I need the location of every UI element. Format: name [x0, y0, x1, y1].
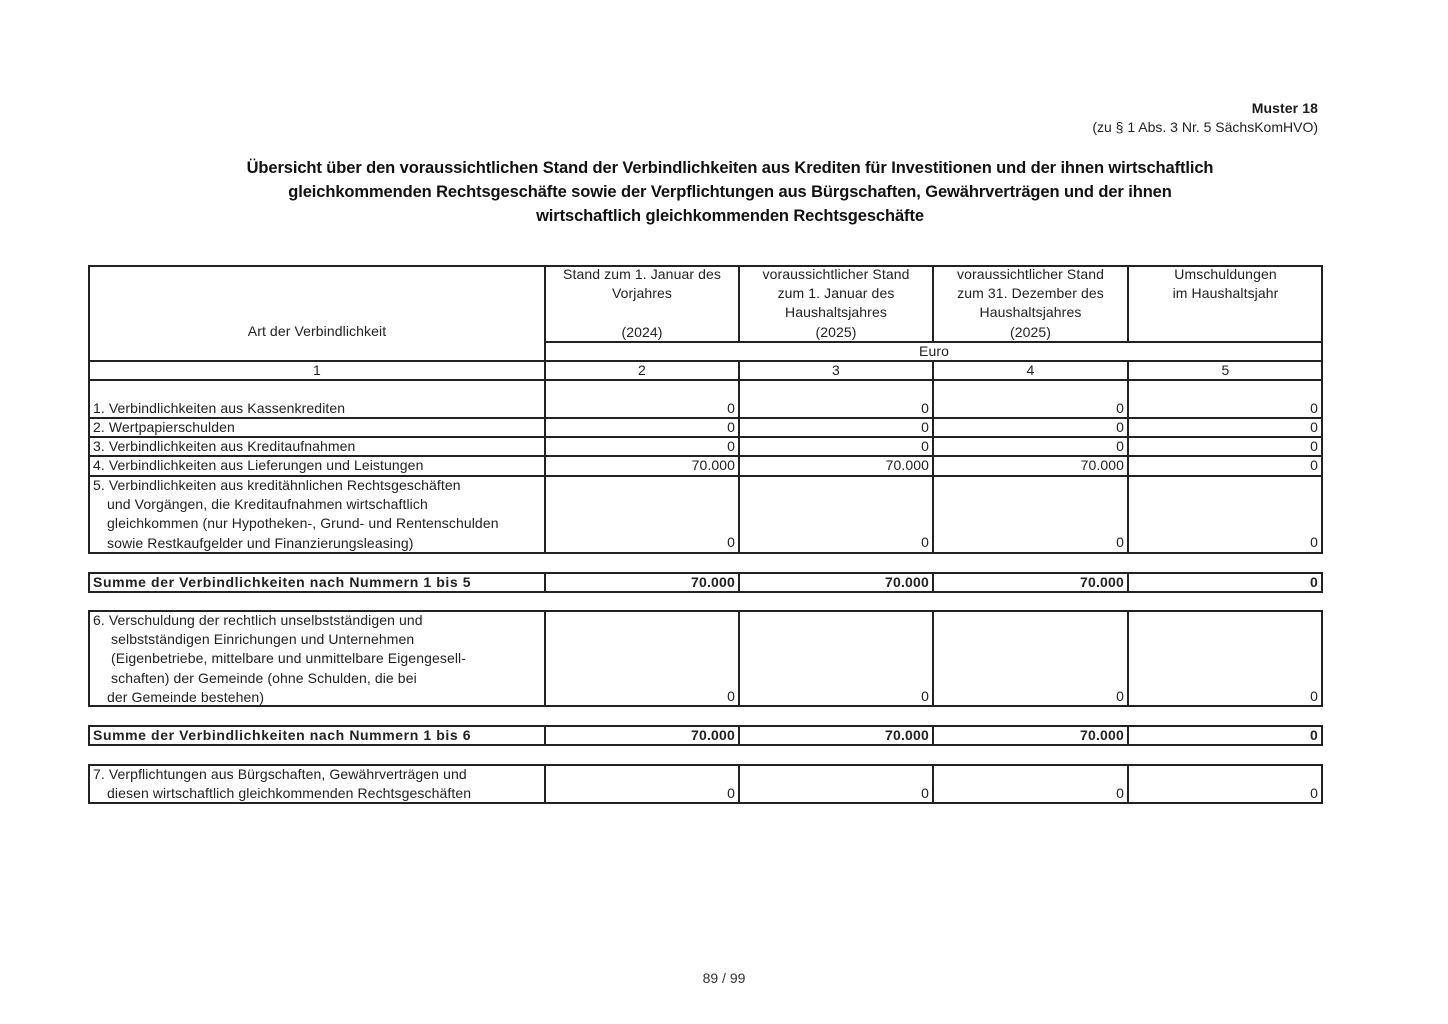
column-header-rescheduling: Umschuldungen im Haushaltsjahr [1129, 265, 1322, 303]
column-number: 4 [934, 361, 1127, 380]
row-label: 5. Verbindlichkeiten aus kreditähnlichen… [90, 476, 544, 553]
row-value: 0 [1129, 437, 1321, 456]
row-label: 6. Verschuldung der rechtlich unselbstst… [90, 611, 544, 707]
row-label: 3. Verbindlichkeiten aus Kreditaufnahmen [90, 437, 544, 456]
row-value: 0 [740, 418, 932, 437]
row-value: 0 [546, 784, 738, 803]
title-line: wirtschaftlich gleichkommenden Rechtsges… [120, 204, 1340, 228]
row-value: 0 [1129, 456, 1321, 475]
row-value: 0 [1129, 533, 1321, 552]
row-value: 70.000 [546, 456, 738, 475]
row-label: 7. Verpflichtungen aus Bürgschaften, Gew… [90, 765, 544, 803]
row-value: 70.000 [934, 456, 1127, 475]
row-label: 1. Verbindlichkeiten aus Kassenkrediten [90, 399, 544, 418]
row-value: 0 [546, 533, 738, 552]
row-value: 0 [740, 399, 932, 418]
column-number: 5 [1129, 361, 1322, 380]
sum-1-6-label: Summe der Verbindlichkeiten nach Nummern… [90, 726, 544, 745]
row-label: 2. Wertpapierschulden [90, 418, 544, 437]
row-value: 0 [1129, 784, 1321, 803]
row-label: 4. Verbindlichkeiten aus Lieferungen und… [90, 456, 544, 475]
sum-1-5-value: 70.000 [546, 573, 738, 592]
row-value: 70.000 [740, 456, 932, 475]
column-header-end-budget-year: voraussichtlicher Stand zum 31. Dezember… [934, 265, 1127, 342]
column-header-start-budget-year: voraussichtlicher Stand zum 1. Januar de… [740, 265, 932, 342]
sum-1-6-value: 0 [1129, 726, 1321, 745]
row-value: 0 [740, 437, 932, 456]
unit-label: Euro [546, 342, 1322, 361]
column-header-type: Art der Verbindlichkeit [90, 322, 544, 341]
row-value: 0 [934, 418, 1127, 437]
row-value: 0 [546, 399, 738, 418]
row-value: 0 [1129, 418, 1321, 437]
row-value: 0 [546, 418, 738, 437]
form-name: Muster 18 [1252, 100, 1318, 116]
title-line: gleichkommenden Rechtsgeschäfte sowie de… [120, 180, 1340, 204]
sum-1-6-value: 70.000 [546, 726, 738, 745]
sum-1-5-label: Summe der Verbindlichkeiten nach Nummern… [90, 573, 544, 592]
row-value: 0 [934, 437, 1127, 456]
row-value: 0 [546, 437, 738, 456]
row-value: 0 [934, 687, 1127, 706]
row-value: 0 [934, 399, 1127, 418]
column-header-prior-year: Stand zum 1. Januar des Vorjahres (2024) [546, 265, 738, 342]
row-value: 0 [1129, 687, 1321, 706]
form-reference: (zu § 1 Abs. 3 Nr. 5 SächsKomHVO) [1092, 119, 1318, 135]
sum-1-5-value: 70.000 [740, 573, 932, 592]
sum-1-5-value: 0 [1129, 573, 1321, 592]
row-value: 0 [740, 784, 932, 803]
row-value: 0 [934, 784, 1127, 803]
row-value: 0 [740, 687, 932, 706]
row-value: 0 [546, 687, 738, 706]
document-title: Übersicht über den voraussichtlichen Sta… [120, 156, 1340, 228]
row-value: 0 [1129, 399, 1321, 418]
sum-1-6-value: 70.000 [934, 726, 1127, 745]
sum-1-6-value: 70.000 [740, 726, 932, 745]
row-value: 0 [740, 533, 932, 552]
column-number: 1 [90, 361, 544, 380]
column-number: 3 [740, 361, 932, 380]
title-line: Übersicht über den voraussichtlichen Sta… [120, 156, 1340, 180]
sum-1-5-value: 70.000 [934, 573, 1127, 592]
column-number: 2 [546, 361, 738, 380]
page-indicator: 89 / 99 [0, 970, 1448, 986]
row-value: 0 [934, 533, 1127, 552]
